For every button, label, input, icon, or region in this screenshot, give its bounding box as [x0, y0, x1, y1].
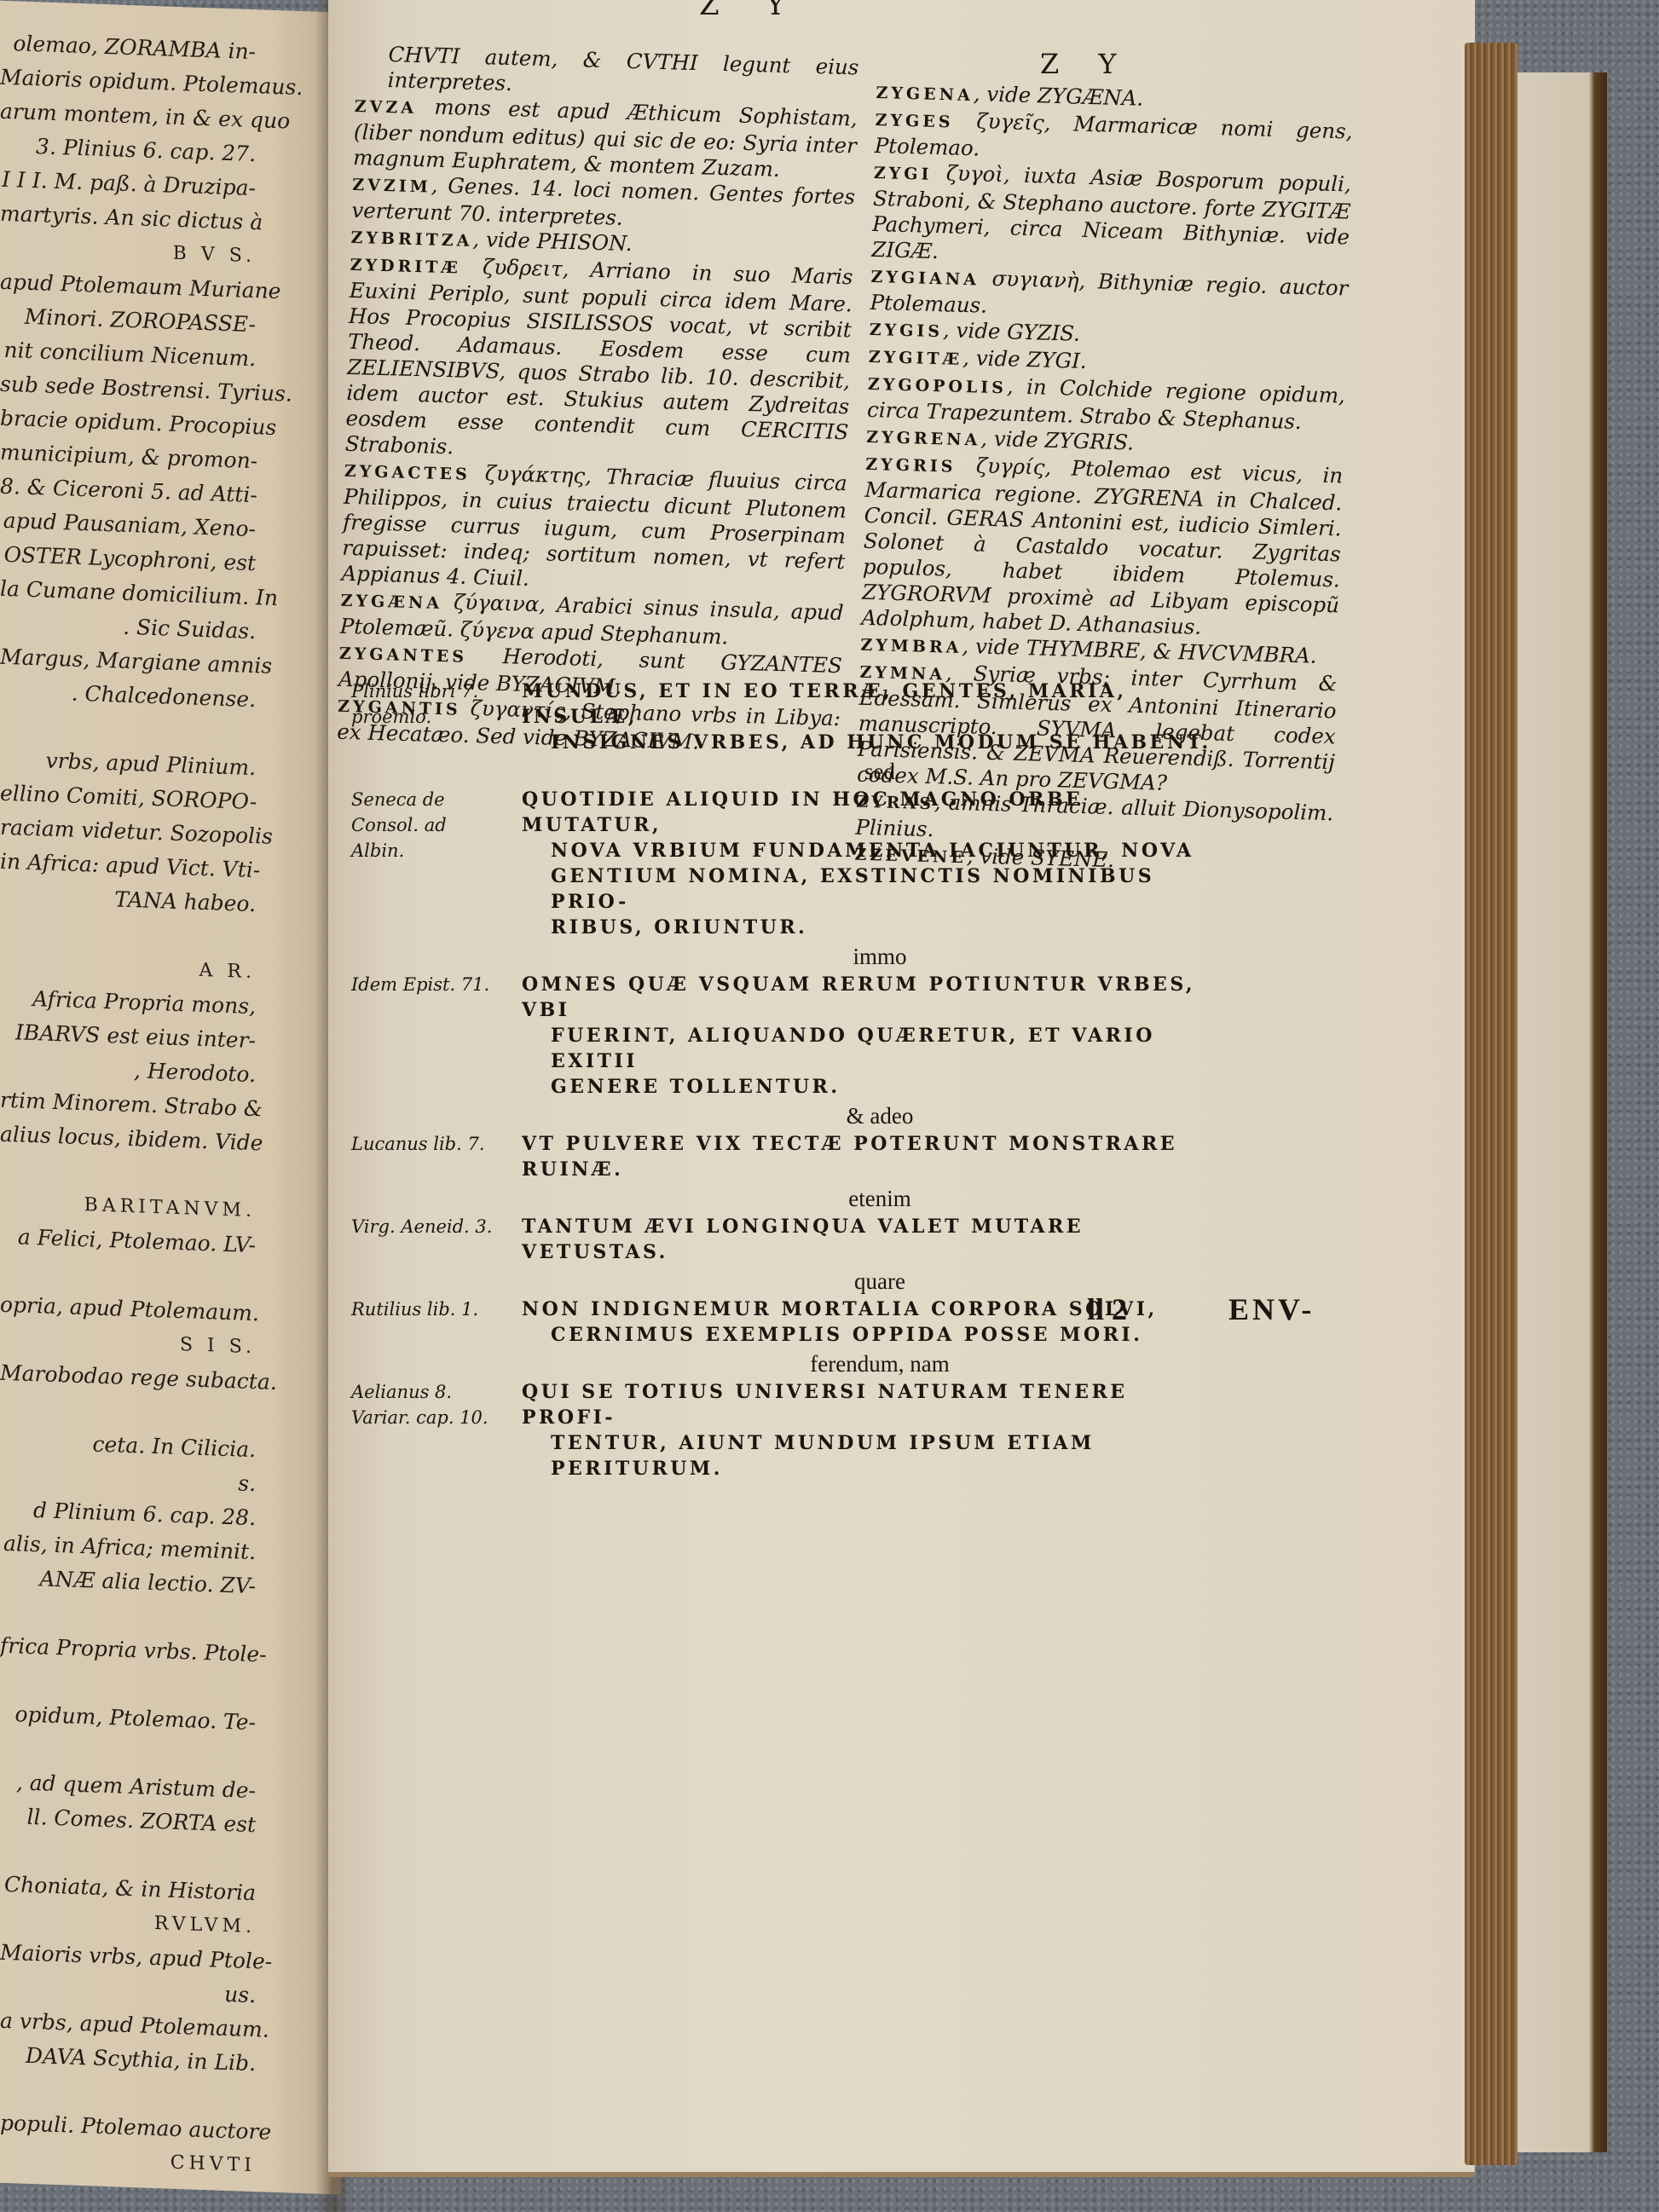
quotation-connector: etenim [351, 1186, 1221, 1212]
quotation-text: Tantum ævi longinqua valet mutare vetust… [522, 1214, 1221, 1265]
quotation-line: Omnes quæ vsquam rerum potiuntur vrbes, … [522, 972, 1221, 1023]
entry-headword: ZVZA [355, 97, 418, 118]
quotation: Idem Epist. 71.Omnes quæ vsquam rerum po… [351, 972, 1221, 1100]
quotation: Plinius libri 7. proemio.Mundus, et in e… [351, 679, 1221, 755]
quotation-line: Qui se totius universi naturam tenere pr… [522, 1379, 1221, 1430]
quotation-line: insignes vrbes, ad hunc modum se habent. [522, 730, 1221, 755]
quotation-connector: ferendum, nam [351, 1351, 1221, 1377]
quotation-line: genere tollentur. [522, 1074, 1221, 1100]
quotation-text: Omnes quæ vsquam rerum potiuntur vrbes, … [522, 972, 1221, 1100]
quotation-text: Mundus, et in eo terræ, gentes, maria, i… [522, 679, 1221, 755]
running-head-right: Z Y [1040, 48, 1132, 80]
entry-text: ζυδρειτ, Arriano in suo Maris Euxini Per… [344, 254, 853, 459]
entry-headword: ZYGANTES [339, 644, 468, 667]
entry-headword: ZYGENA [876, 84, 974, 105]
quotation-line: Tantum ævi longinqua valet mutare vetust… [522, 1214, 1221, 1265]
quotation: Virg. Aeneid. 3.Tantum ævi longinqua val… [351, 1214, 1221, 1265]
dictionary-entry: ZYGACTES ζυγάκτης, Thraciæ fluuius circa… [341, 457, 847, 600]
dictionary-entry: ZYGI ζυγοὶ, iuxta Asiæ Bosporum populi, … [871, 159, 1351, 276]
dictionary-column-left: CHVTI autem, & CVTHI legunt eius interpr… [337, 41, 859, 759]
entry-headword: ZYGRIS [865, 455, 957, 476]
quotation-line: nova vrbium fundamenta iaciuntur, nova [522, 838, 1221, 863]
entry-headword: ZYGACTES [344, 462, 471, 484]
entry-headword: ZYGES [875, 111, 953, 132]
entry-headword: ZYGIS [869, 321, 943, 341]
quotation: Lucanus lib. 7.Vt pulvere vix tectæ pote… [351, 1131, 1221, 1182]
quotation-source: Rutilius lib. 1. [351, 1297, 496, 1322]
entry-headword: ZYGÆNA [340, 592, 442, 613]
quotation-text: Qui se totius universi naturam tenere pr… [522, 1379, 1221, 1481]
quotation-source: Virg. Aeneid. 3. [351, 1214, 496, 1239]
running-head-left: Z Y [699, 0, 804, 22]
entry-headword: ZYGRENA [866, 428, 981, 450]
quotation: Aelianus 8. Variar. cap. 10.Qui se totiu… [351, 1379, 1221, 1481]
quotation-line: tentur, aiunt mundum ipsum etiam peritur… [522, 1430, 1221, 1481]
entry-text: , vide ZYGRIS. [980, 426, 1135, 455]
catchword: ENV- [1228, 1292, 1315, 1326]
entry-text: ζυγρίς, Ptolemao est vicus, in Marmarica… [861, 453, 1344, 639]
quotation-line: Quotidie aliquid in hoc magno orbe mutat… [522, 787, 1221, 838]
entry-text: , vide ZYGI. [962, 345, 1087, 373]
entry-text: , vide PHISON. [472, 227, 633, 256]
entry-headword: ZYMBRA [860, 636, 962, 657]
entry-headword: ZYGI [874, 164, 933, 184]
quotation-source: Idem Epist. 71. [351, 972, 496, 997]
left-page-text: olemao, ZORAMBA in-Maioris opidum. Ptole… [0, 26, 256, 2183]
quotation-line: ribus, oriuntur. [522, 915, 1221, 940]
quotation-line: Mundus, et in eo terræ, gentes, maria, i… [522, 679, 1221, 730]
quotation-text: Quotidie aliquid in hoc magno orbe mutat… [522, 787, 1221, 940]
signature-mark: ll 2 [1087, 1292, 1127, 1326]
entry-text: ζυγοὶ, iuxta Asiæ Bosporum populi, Strab… [871, 160, 1351, 263]
quotation: Seneca de Consol. ad Albin.Quotidie aliq… [351, 787, 1221, 940]
dictionary-entry: ZYDRITÆ ζυδρειτ, Arriano in suo Maris Eu… [344, 251, 853, 471]
quotation-text: Vt pulvere vix tectæ poterunt monstrare … [522, 1131, 1221, 1182]
quotation-source: Plinius libri 7. proemio. [351, 679, 496, 730]
entry-headword: ZYGITÆ [869, 348, 963, 369]
page-block-edge [1465, 43, 1517, 2165]
book-cover-edge [1517, 72, 1607, 2152]
quotation-line: gentium nomina, exstinctis nominibus pri… [522, 863, 1221, 915]
quotation-source: Seneca de Consol. ad Albin. [351, 787, 496, 863]
entry-headword: ZYBRITZA [350, 228, 472, 251]
dictionary-entry: ZVZA mons est apud Æthicum Sophistam, (l… [353, 92, 858, 184]
entry-text: , vide GYZIS. [943, 317, 1081, 345]
quotation-line: Vt pulvere vix tectæ poterunt monstrare … [522, 1131, 1221, 1182]
entry-headword: ZYGOPOLIS [868, 375, 1008, 398]
quotation-line: fuerint, aliquando quæretur, et vario ex… [522, 1023, 1221, 1074]
left-page: olemao, ZORAMBA in-Maioris opidum. Ptole… [0, 0, 341, 2195]
dictionary-entry: ZYGRIS ζυγρίς, Ptolemao est vicus, in Ma… [861, 450, 1344, 644]
entry-headword: ZVZIM [352, 176, 431, 197]
entry-headword: ZYDRITÆ [350, 256, 461, 278]
entry-text: mons est apud Æthicum Sophistam, (liber … [353, 94, 858, 182]
quotation-source: Aelianus 8. Variar. cap. 10. [351, 1379, 496, 1430]
quotation-source: Lucanus lib. 7. [351, 1131, 496, 1157]
page-footer: ll 2 ENV- [1087, 1291, 1315, 1327]
entry-text: , vide ZYGÆNA. [973, 81, 1143, 111]
quotation-connector: sed [351, 759, 1221, 785]
quotations-section: Plinius libri 7. proemio.Mundus, et in e… [351, 673, 1221, 1481]
quotation-connector: & adeo [351, 1103, 1221, 1129]
quotation-connector: immo [351, 944, 1221, 970]
entry-headword: ZYGIANA [870, 268, 980, 290]
